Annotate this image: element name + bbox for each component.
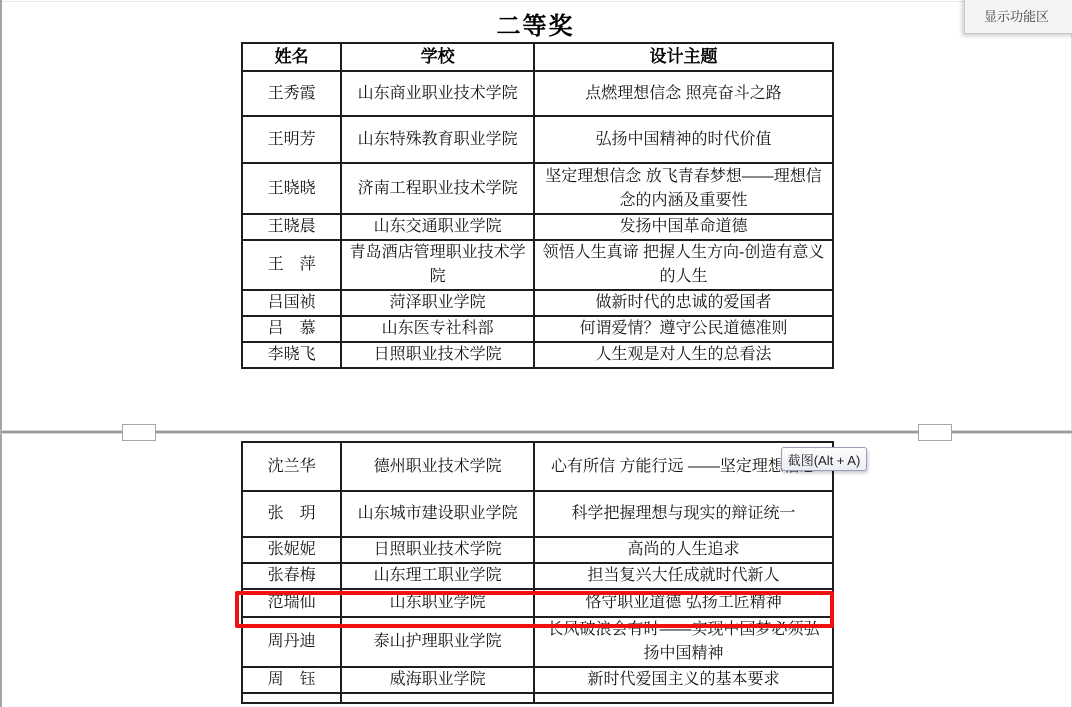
cell-topic: [534, 693, 833, 703]
cell-topic: 领悟人生真谛 把握人生方向-创造有意义的人生: [534, 240, 833, 290]
cell-school: 青岛酒店管理职业技术学院: [341, 240, 534, 290]
column-header-name: 姓名: [242, 43, 341, 71]
table-row: 吕国祯 菏泽职业学院 做新时代的忠诚的爱国者: [242, 290, 833, 316]
table-header-row: 姓名 学校 设计主题: [242, 43, 833, 71]
cell-name: 吕 慕: [242, 316, 341, 342]
cell-name: 吕国祯: [242, 290, 341, 316]
cell-name: [242, 693, 341, 703]
cell-school: 山东职业学院: [341, 589, 534, 617]
cell-topic: 做新时代的忠诚的爱国者: [534, 290, 833, 316]
cell-topic: 发扬中国革命道德: [534, 214, 833, 240]
cell-school: 山东理工职业学院: [341, 563, 534, 589]
table-row: 吕 慕 山东医专社科部 何谓爱情？遵守公民道德准则: [242, 316, 833, 342]
cell-topic: 担当复兴大任成就时代新人: [534, 563, 833, 589]
cell-name: 周 钰: [242, 667, 341, 693]
table-row: 王明芳 山东特殊教育职业学院 弘扬中国精神的时代价值: [242, 116, 833, 163]
table-row: 周丹迪 泰山护理职业学院 长风破浪会有时——实现中国梦必须弘扬中国精神: [242, 617, 833, 667]
table-row: 沈兰华 德州职业技术学院 心有所信 方能行远 ——坚定理想信念: [242, 442, 833, 491]
cell-school: 山东交通职业学院: [341, 214, 534, 240]
cell-topic: 新时代爱国主义的基本要求: [534, 667, 833, 693]
cell-name: 王明芳: [242, 116, 341, 163]
cell-topic: 坚定理想信念 放飞青春梦想——理想信念的内涵及重要性: [534, 163, 833, 214]
table-row: 王晓晓 济南工程职业技术学院 坚定理想信念 放飞青春梦想——理想信念的内涵及重要…: [242, 163, 833, 214]
cell-school: 日照职业技术学院: [341, 342, 534, 368]
cell-name: 范瑞仙: [242, 589, 341, 617]
table-row: 张妮妮 日照职业技术学院 高尚的人生追求: [242, 537, 833, 563]
table-row: 张春梅 山东理工职业学院 担当复兴大任成就时代新人: [242, 563, 833, 589]
page-corner-mark-left: [122, 424, 156, 441]
table-row: 张 玥 山东城市建设职业学院 科学把握理想与现实的辩证统一: [242, 491, 833, 537]
cell-school: [341, 693, 534, 703]
cell-topic: 科学把握理想与现实的辩证统一: [534, 491, 833, 537]
cell-topic: 点燃理想信念 照亮奋斗之路: [534, 71, 833, 116]
cell-school: 菏泽职业学院: [341, 290, 534, 316]
cell-name: 李晓飞: [242, 342, 341, 368]
table-row: 王 萍 青岛酒店管理职业技术学院 领悟人生真谛 把握人生方向-创造有意义的人生: [242, 240, 833, 290]
cell-school: 山东城市建设职业学院: [341, 491, 534, 537]
page-break-divider: [0, 430, 1072, 434]
cell-name: 张妮妮: [242, 537, 341, 563]
cell-school: 威海职业学院: [341, 667, 534, 693]
table-row: 王秀霞 山东商业职业技术学院 点燃理想信念 照亮奋斗之路: [242, 71, 833, 116]
cell-school: 山东特殊教育职业学院: [341, 116, 534, 163]
cell-topic: 高尚的人生追求: [534, 537, 833, 563]
award-table-page2: 沈兰华 德州职业技术学院 心有所信 方能行远 ——坚定理想信念 张 玥 山东城市…: [241, 441, 834, 704]
cell-school: 泰山护理职业学院: [341, 617, 534, 667]
column-header-topic: 设计主题: [534, 43, 833, 71]
cell-school: 山东医专社科部: [341, 316, 534, 342]
cell-name: 王 萍: [242, 240, 341, 290]
table-row-highlighted: 范瑞仙 山东职业学院 恪守职业道德 弘扬工匠精神: [242, 589, 833, 617]
table-row: 周 钰 威海职业学院 新时代爱国主义的基本要求: [242, 667, 833, 693]
table-row-clipped: [242, 693, 833, 703]
cell-school: 济南工程职业技术学院: [341, 163, 534, 214]
cell-topic: 恪守职业道德 弘扬工匠精神: [534, 589, 833, 617]
cell-topic: 人生观是对人生的总看法: [534, 342, 833, 368]
cell-school: 德州职业技术学院: [341, 442, 534, 491]
cell-topic: 弘扬中国精神的时代价值: [534, 116, 833, 163]
cell-school: 山东商业职业技术学院: [341, 71, 534, 116]
award-table-page1: 姓名 学校 设计主题 王秀霞 山东商业职业技术学院 点燃理想信念 照亮奋斗之路 …: [241, 42, 834, 369]
window-top-border: [2, 1, 1072, 2]
table-row: 王晓晨 山东交通职业学院 发扬中国革命道德: [242, 214, 833, 240]
screenshot-tooltip: 截图(Alt + A): [781, 447, 867, 471]
cell-topic: 何谓爱情？遵守公民道德准则: [534, 316, 833, 342]
cell-name: 王晓晓: [242, 163, 341, 214]
cell-name: 张 玥: [242, 491, 341, 537]
cell-school: 日照职业技术学院: [341, 537, 534, 563]
page-title: 二等奖: [241, 6, 830, 41]
page-corner-mark-right: [918, 424, 952, 441]
cell-name: 沈兰华: [242, 442, 341, 491]
cell-name: 王秀霞: [242, 71, 341, 116]
document-viewport: 显示功能区 二等奖 姓名 学校 设计主题 王秀霞 山东商业职业技术学院 点燃理想…: [0, 0, 1072, 707]
cell-name: 王晓晨: [242, 214, 341, 240]
cell-topic: 长风破浪会有时——实现中国梦必须弘扬中国精神: [534, 617, 833, 667]
cell-name: 周丹迪: [242, 617, 341, 667]
cell-name: 张春梅: [242, 563, 341, 589]
show-ribbon-button[interactable]: 显示功能区: [964, 0, 1072, 34]
table-row: 李晓飞 日照职业技术学院 人生观是对人生的总看法: [242, 342, 833, 368]
column-header-school: 学校: [341, 43, 534, 71]
window-left-border: [0, 0, 2, 707]
